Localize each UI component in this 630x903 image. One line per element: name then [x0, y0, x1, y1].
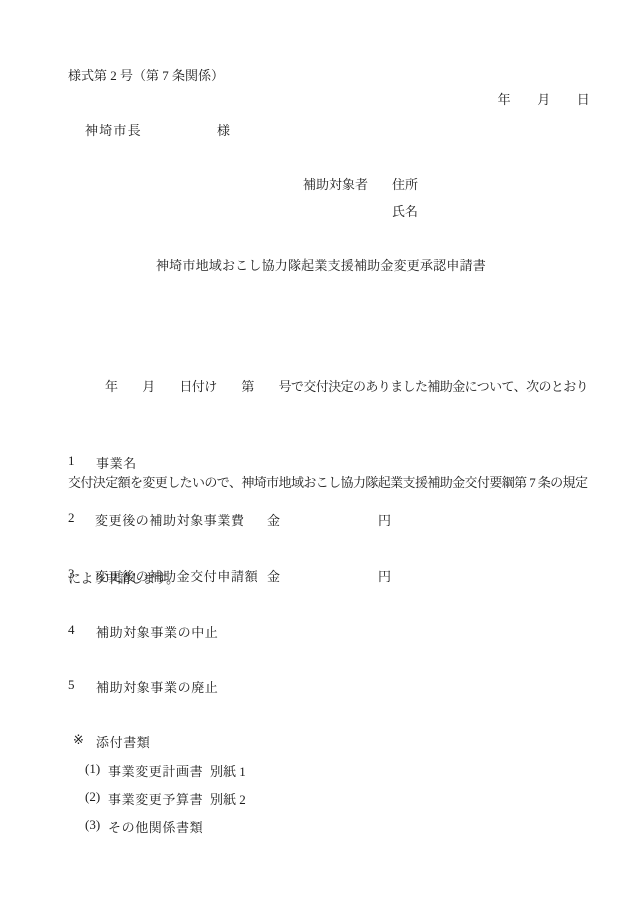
attachment-number: (3) [85, 817, 100, 833]
item-number: 4 [68, 622, 75, 638]
item-label: 事業名 [96, 453, 137, 472]
attachment-ref: 別紙 1 [210, 761, 246, 780]
item-number: 3 [68, 566, 75, 582]
document-page: 様式第 2 号（第 7 条関係） 年 月 日 神埼市長 様 補助対象者 住所 氏… [0, 0, 630, 903]
addressee-name: 神埼市長 [85, 121, 142, 141]
item-number: 2 [68, 510, 75, 526]
recipient-address-label: 住所 [392, 175, 418, 195]
item-label: 変更後の補助対象事業費 [95, 510, 245, 529]
body-paragraph: 年 月 日付け 第 号で交付決定のありました補助金について、次のとおり 交付決定… [68, 307, 613, 659]
item-label: 補助対象事業の廃止 [96, 677, 218, 696]
addressee-honorific: 様 [217, 121, 230, 141]
amount-prefix: 金 [267, 510, 280, 529]
item-number: 1 [68, 453, 75, 469]
date-line: 年 月 日 [498, 90, 590, 110]
attachment-label: 事業変更予算書 [108, 789, 203, 808]
amount-prefix: 金 [267, 566, 280, 585]
item-label: 補助対象事業の中止 [96, 622, 218, 641]
amount-suffix: 円 [378, 566, 391, 585]
attachments-marker: ※ [73, 732, 84, 748]
recipient-label: 補助対象者 [303, 175, 368, 195]
attachments-heading: 添付書類 [96, 732, 150, 751]
document-title: 神埼市地域おこし協力隊起業支援補助金変更承認申請書 [12, 256, 630, 276]
body-line-2: 交付決定額を変更したいので、神埼市地域おこし協力隊起業支援補助金交付要綱第 7 … [68, 467, 613, 499]
attachment-label: 事業変更計画書 [108, 761, 203, 780]
amount-suffix: 円 [378, 510, 391, 529]
recipient-name-label: 氏名 [392, 202, 418, 222]
attachment-label: その他関係書類 [108, 817, 203, 836]
form-number: 様式第 2 号（第 7 条関係） [68, 66, 224, 86]
attachment-ref: 別紙 2 [210, 789, 246, 808]
attachment-number: (1) [85, 761, 100, 777]
body-line-1: 年 月 日付け 第 号で交付決定のありました補助金について、次のとおり [68, 371, 613, 403]
item-label: 変更後の補助金交付申請額 [95, 566, 258, 585]
item-number: 5 [68, 677, 75, 693]
attachment-number: (2) [85, 789, 100, 805]
